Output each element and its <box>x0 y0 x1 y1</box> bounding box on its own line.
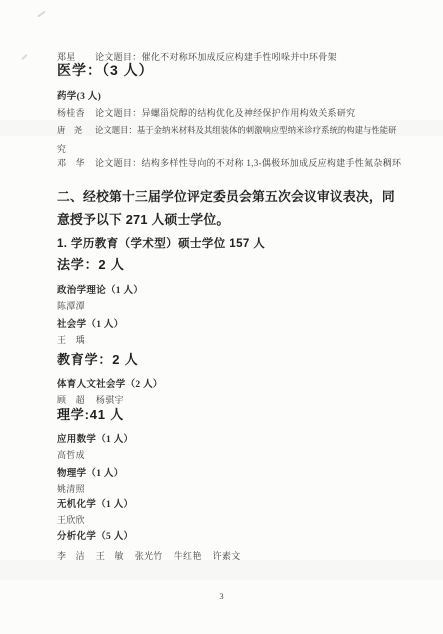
graduate-name: 顾 超 <box>57 395 85 405</box>
thesis-title-wrap: 究 <box>57 143 66 155</box>
graduate-name: 姚清照 <box>57 484 85 494</box>
thesis-label: 论文题目： <box>95 108 142 118</box>
name-list: 陈潭潭 <box>57 300 96 312</box>
thesis-label: 论文题目： <box>95 52 142 62</box>
graduate-name: 王 瑀 <box>57 335 85 345</box>
thesis-row: 杨桂香论文题目：异螺甾烷醇的结构优化及神经保护作用构效关系研究 <box>57 107 355 119</box>
graduate-name: 李 洁 <box>57 551 85 561</box>
graduate-name: 王欣欣 <box>57 515 85 525</box>
student-name: 杨桂香 <box>57 107 95 119</box>
thesis-label: 论文题目： <box>95 158 142 168</box>
name-list: 顾 超杨骐宇 <box>57 394 135 406</box>
graduate-name: 张光竹 <box>135 551 163 561</box>
name-list: 王 瑀 <box>57 334 96 346</box>
subfield-politics: 政治学理论（1 人） <box>57 285 143 297</box>
thesis-title: 基于金纳米材料及其组装体的刺激响应型纳米诊疗系统的构建与性能研 <box>137 126 397 135</box>
resolution-line-1: 二、经校第十三届学位评定委员会第五次会议审议表决，同 <box>57 191 395 203</box>
name-list: 姚清照 <box>57 483 96 495</box>
graduate-name: 陈潭潭 <box>57 301 85 311</box>
section-heading-science: 理学:41 人 <box>57 409 124 421</box>
page-number: 3 <box>0 590 443 602</box>
section-heading-education: 教育学：2 人 <box>57 354 138 366</box>
subfield-sociology: 社会学（1 人） <box>57 319 124 331</box>
scan-artifact <box>21 54 28 60</box>
student-name: 邓 华 <box>57 157 95 169</box>
name-list: 李 洁王 敏张光竹牛红艳许素文 <box>57 550 252 562</box>
thesis-title: 异螺甾烷醇的结构优化及神经保护作用构效关系研究 <box>142 108 356 118</box>
subfield-inorganic-chemistry: 无机化学（1 人） <box>57 499 133 511</box>
name-list: 王欣欣 <box>57 514 96 526</box>
thesis-row: 邓 华论文题目：结构多样性导向的不对称 1,3-偶极环加成反应构建手性氮杂稠环 <box>57 157 401 169</box>
section-heading-law: 法学：2 人 <box>57 259 125 271</box>
subfield-analytical-chemistry: 分析化学（5 人） <box>57 531 133 543</box>
graduate-name: 王 敏 <box>96 551 124 561</box>
scan-artifact <box>37 11 46 18</box>
item1-heading: 1. 学历教育（学术型）硕士学位 157 人 <box>57 238 265 250</box>
graduate-name: 牛红艳 <box>174 551 202 561</box>
subfield-sports-sociology: 体育人文社会学（2 人） <box>57 379 163 391</box>
graduate-name: 杨骐宇 <box>96 395 124 405</box>
student-name: 唐 尧 <box>57 125 95 137</box>
graduate-name: 高哲成 <box>57 450 85 460</box>
thesis-row: 唐 尧论文题目：基于金纳米材料及其组装体的刺激响应型纳米诊疗系统的构建与性能研 <box>57 125 397 137</box>
thesis-title: 结构多样性导向的不对称 1,3-偶极环加成反应构建手性氮杂稠环 <box>142 158 402 168</box>
section-heading-medicine: 医学：（3 人） <box>57 64 154 76</box>
scanned-document-page: 郑星论文题目：催化不对称环加成反应构建手性吲哚并中环骨架 医学：（3 人） 药学… <box>0 0 443 634</box>
thesis-title: 催化不对称环加成反应构建手性吲哚并中环骨架 <box>142 52 337 62</box>
thesis-label: 论文题目： <box>95 126 137 135</box>
scan-streak <box>0 560 443 580</box>
subfield-physics: 物理学（1 人） <box>57 468 124 480</box>
name-list: 高哲成 <box>57 449 96 461</box>
subfield-applied-math: 应用数学（1 人） <box>57 434 133 446</box>
resolution-line-2: 意授予以下 271 人硕士学位。 <box>57 214 229 226</box>
graduate-name: 许素文 <box>213 551 241 561</box>
subfield-pharmacy: 药学(3 人) <box>57 91 101 103</box>
